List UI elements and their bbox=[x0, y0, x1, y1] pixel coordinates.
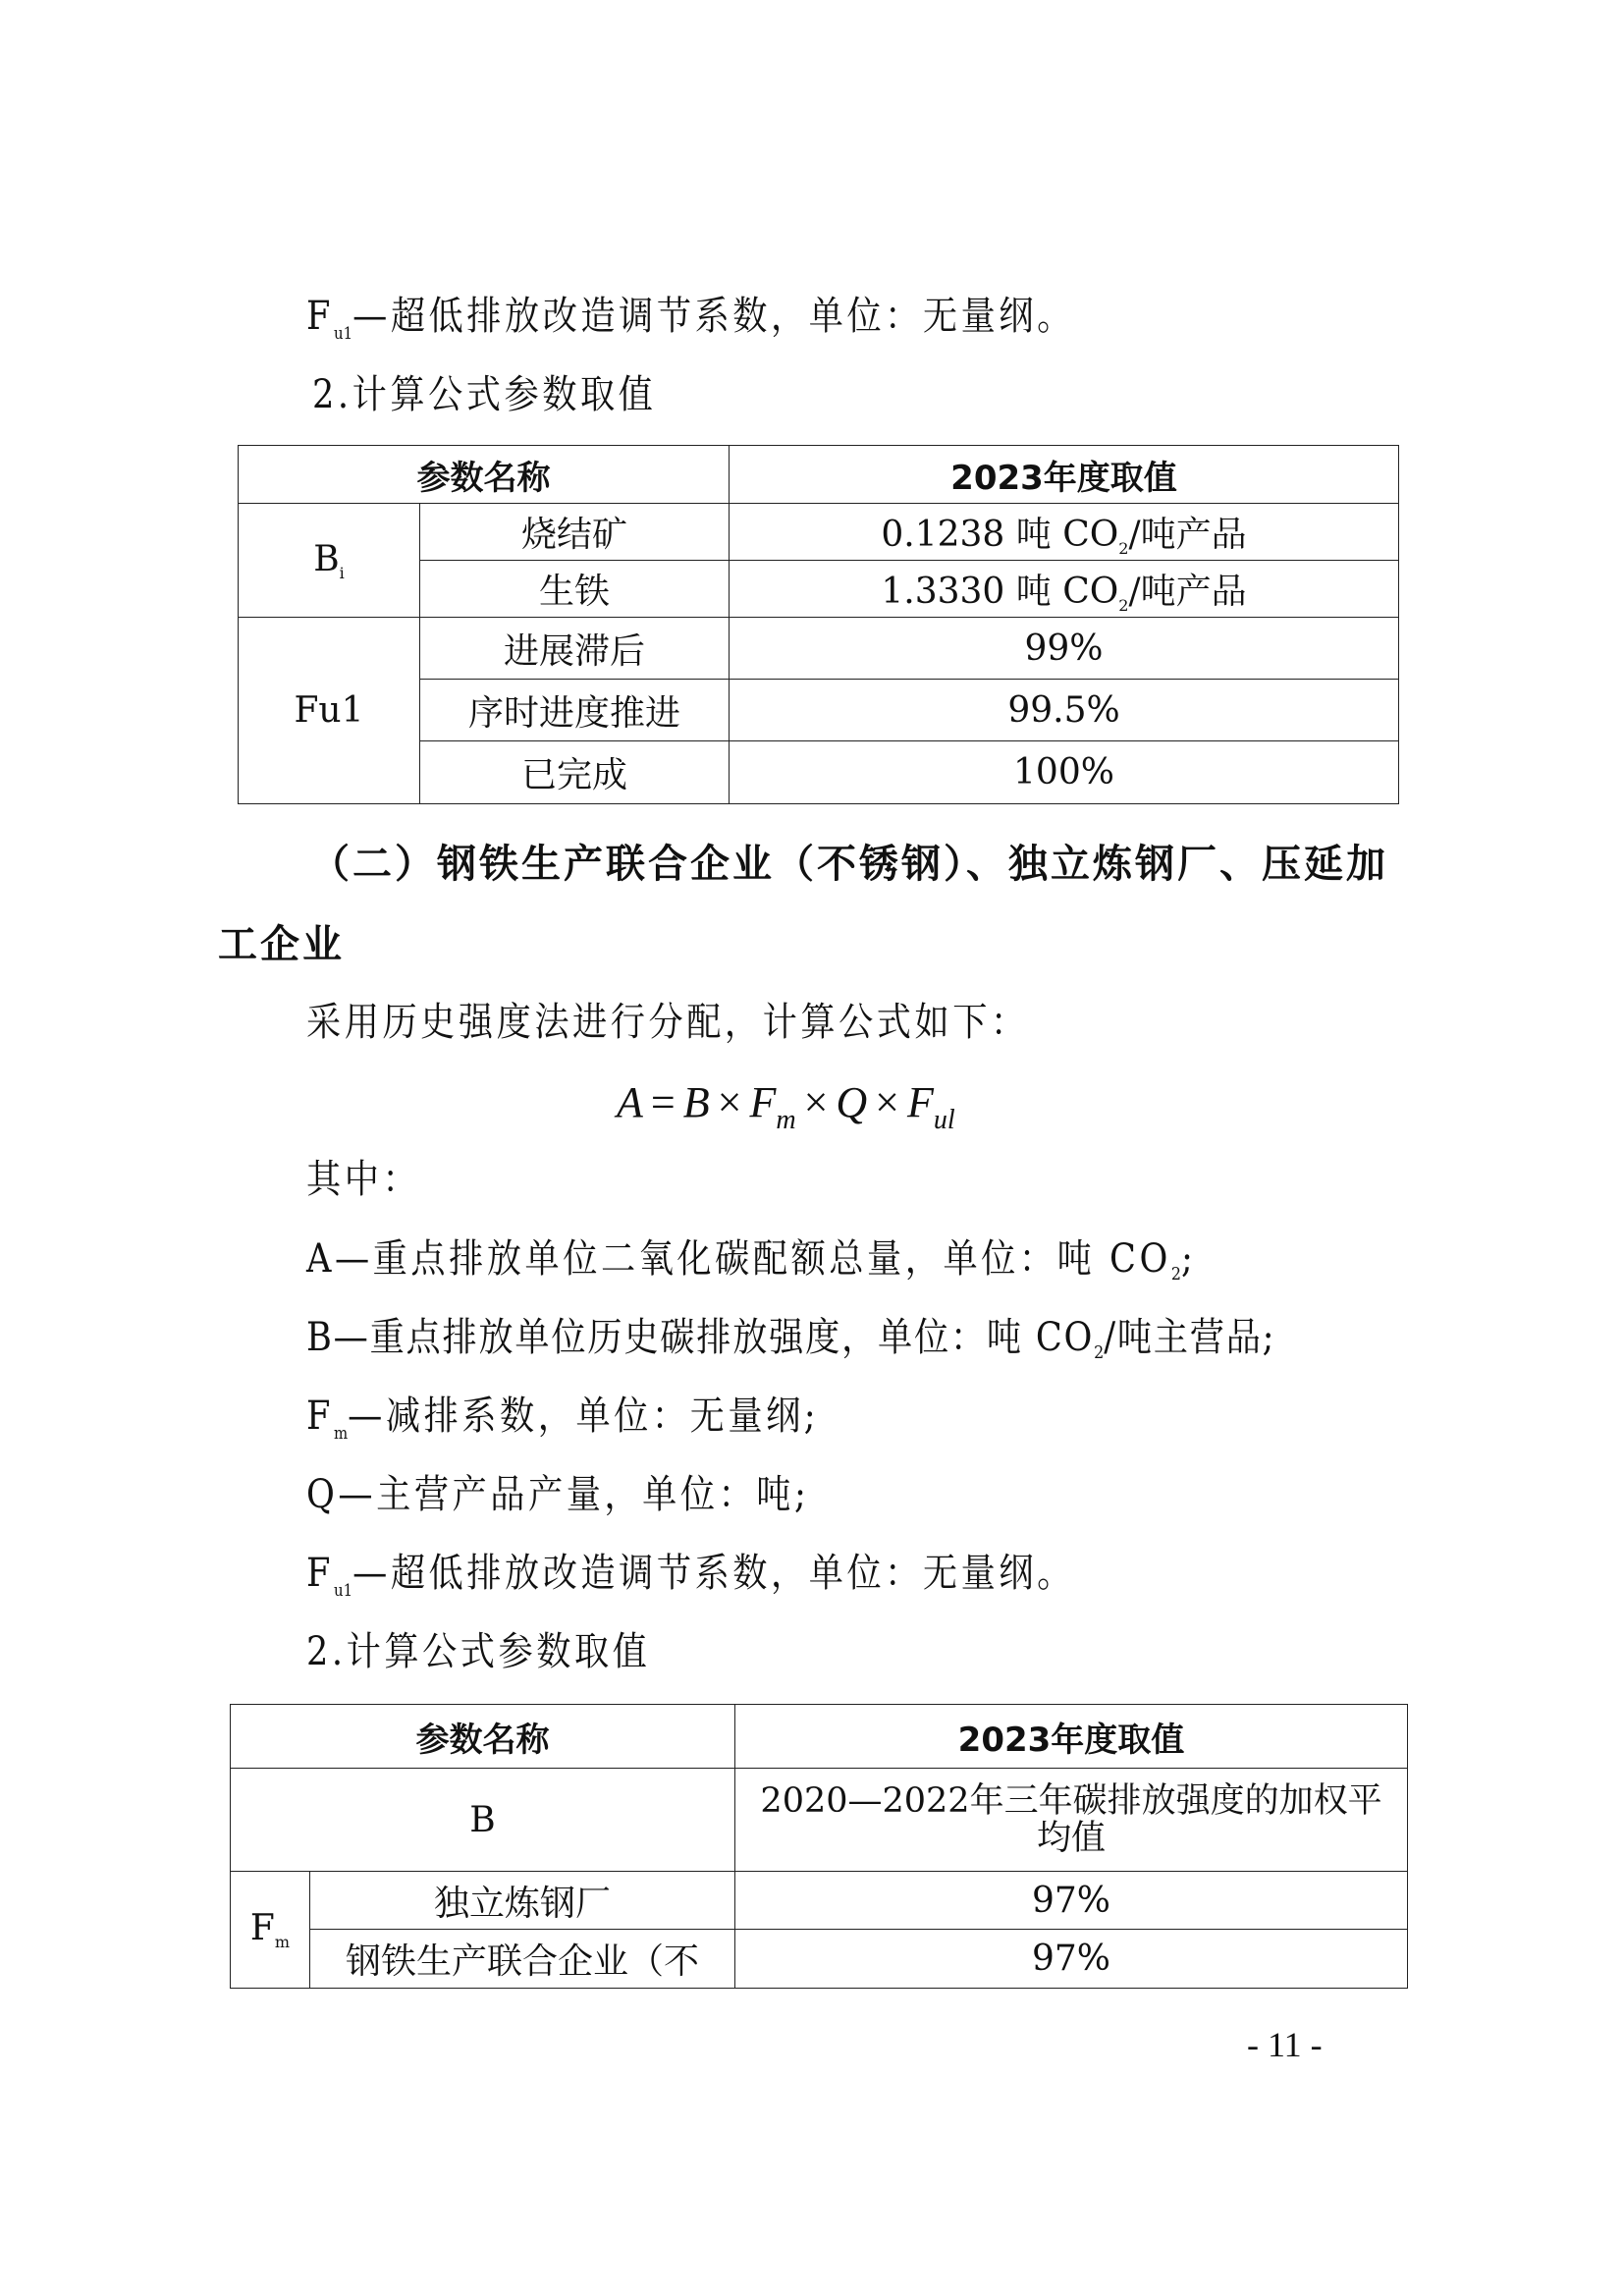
param-name: 钢铁生产联合企业（不 bbox=[310, 1930, 735, 1989]
definition-ful: Fu1—超低排放改造调节系数，单位：无量纲。 bbox=[306, 1550, 1075, 1614]
value-prefix: 1.3330 吨 CO bbox=[881, 572, 1118, 612]
param-value: 97% bbox=[735, 1872, 1408, 1930]
subscript: 2 bbox=[1171, 1264, 1181, 1285]
formula-times: × bbox=[796, 1078, 837, 1126]
table-row: Bi 烧结矿 0.1238 吨 CO2/吨产品 bbox=[239, 504, 1399, 561]
symbol: F bbox=[306, 1394, 334, 1439]
parameter-table-1: 参数名称 2023年度取值 Bi 烧结矿 0.1238 吨 CO2/吨产品 生铁… bbox=[238, 445, 1399, 804]
formula-term-ful: F bbox=[907, 1078, 934, 1126]
param-name: 烧结矿 bbox=[420, 504, 730, 561]
param-value: 97% bbox=[735, 1930, 1408, 1989]
header-value-2023: 2023年度取值 bbox=[730, 446, 1399, 504]
value-prefix: 0.1238 吨 CO bbox=[881, 515, 1118, 555]
table-row: Fu1 进展滞后 99% bbox=[239, 618, 1399, 680]
definition-fu1: Fu1—超低排放改造调节系数，单位：无量纲。 bbox=[306, 293, 1075, 357]
group-symbol-bi: Bi bbox=[239, 504, 420, 618]
symbol: F bbox=[306, 1551, 334, 1596]
value-subscript: 2 bbox=[1118, 596, 1128, 615]
definition-tail: /吨主营品; bbox=[1104, 1315, 1275, 1360]
definition-a: A—重点排放单位二氧化碳配额总量，单位：吨 CO2; bbox=[306, 1235, 1196, 1298]
value-suffix: /吨产品 bbox=[1128, 572, 1246, 612]
param-name: 独立炼钢厂 bbox=[310, 1872, 735, 1930]
definition-fm: Fm—减排系数，单位：无量纲; bbox=[306, 1393, 819, 1457]
subscript: 2 bbox=[1094, 1342, 1104, 1363]
formula-term-fm: F bbox=[749, 1078, 776, 1126]
formula-times: × bbox=[867, 1078, 907, 1126]
value-subscript: 2 bbox=[1118, 539, 1128, 558]
group-symbol-fm: Fm bbox=[231, 1872, 310, 1989]
param-value: 1.3330 吨 CO2/吨产品 bbox=[730, 561, 1399, 618]
param-name: 生铁 bbox=[420, 561, 730, 618]
param-name: 已完成 bbox=[420, 741, 730, 804]
definition-b: B—重点排放单位历史碳排放强度，单位：吨 CO2/吨主营品; bbox=[306, 1314, 1275, 1377]
header-param-name: 参数名称 bbox=[239, 446, 730, 504]
subscript: u1 bbox=[334, 324, 352, 344]
definition-text: —超低排放改造调节系数，单位：无量纲。 bbox=[352, 1551, 1075, 1596]
formula-subscript: m bbox=[776, 1105, 795, 1135]
subscript: m bbox=[275, 1933, 290, 1951]
header-value-2023: 2023年度取值 bbox=[735, 1705, 1408, 1769]
formula-subscript: ul bbox=[934, 1105, 955, 1135]
where-label: 其中： bbox=[306, 1156, 420, 1203]
table-header-row: 参数名称 2023年度取值 bbox=[239, 446, 1399, 504]
parameter-table-2: 参数名称 2023年度取值 B 2020—2022年三年碳排放强度的加权平均值 … bbox=[230, 1704, 1408, 1989]
param-name: 进展滞后 bbox=[420, 618, 730, 680]
subheading-parameter-values: 2.计算公式参数取值 bbox=[312, 371, 656, 418]
subheading-parameter-values-2: 2.计算公式参数取值 bbox=[306, 1628, 650, 1675]
subscript: i bbox=[340, 564, 345, 582]
symbol: F bbox=[250, 1908, 275, 1948]
header-param-name: 参数名称 bbox=[231, 1705, 735, 1769]
intro-paragraph: 采用历史强度法进行分配，计算公式如下： bbox=[306, 999, 1029, 1046]
formula-times: × bbox=[710, 1078, 750, 1126]
symbol: F bbox=[306, 294, 334, 339]
param-symbol-b: B bbox=[231, 1769, 735, 1872]
page-number: - 11 - bbox=[1247, 2025, 1323, 2064]
allocation-formula: A=B×Fm×Q×Ful bbox=[617, 1077, 955, 1146]
formula-term-a: A bbox=[617, 1078, 643, 1126]
symbol: B bbox=[306, 1315, 334, 1360]
table-row: B 2020—2022年三年碳排放强度的加权平均值 bbox=[231, 1769, 1408, 1872]
definition-text: —主营产品产量，单位：吨; bbox=[338, 1472, 809, 1517]
definition-text: —重点排放单位二氧化碳配额总量，单位：吨 CO bbox=[335, 1236, 1171, 1282]
symbol: B bbox=[313, 539, 339, 579]
section-heading-line1: （二）钢铁生产联合企业（不锈钢）、独立炼钢厂、压延加 bbox=[310, 841, 1388, 888]
formula-equals: = bbox=[643, 1078, 683, 1126]
param-value: 2020—2022年三年碳排放强度的加权平均值 bbox=[735, 1769, 1408, 1872]
definition-text: —重点排放单位历史碳排放强度，单位：吨 CO bbox=[334, 1315, 1095, 1360]
symbol: A bbox=[306, 1236, 335, 1282]
param-value: 0.1238 吨 CO2/吨产品 bbox=[730, 504, 1399, 561]
param-name: 序时进度推进 bbox=[420, 680, 730, 741]
definition-text: —减排系数，单位：无量纲; bbox=[348, 1394, 819, 1439]
formula-term-q: Q bbox=[836, 1078, 867, 1126]
table-row: Fm 独立炼钢厂 97% bbox=[231, 1872, 1408, 1930]
subscript: m bbox=[334, 1424, 348, 1444]
param-value: 99.5% bbox=[730, 680, 1399, 741]
table-header-row: 参数名称 2023年度取值 bbox=[231, 1705, 1408, 1769]
param-value: 99% bbox=[730, 618, 1399, 680]
section-heading-line2: 工企业 bbox=[218, 921, 345, 968]
subscript: u1 bbox=[334, 1581, 352, 1601]
definition-text: —超低排放改造调节系数，单位：无量纲。 bbox=[352, 294, 1075, 339]
table-row: 钢铁生产联合企业（不 97% bbox=[231, 1930, 1408, 1989]
definition-q: Q—主营产品产量，单位：吨; bbox=[306, 1471, 809, 1518]
group-symbol-fu1: Fu1 bbox=[239, 618, 420, 804]
param-value: 100% bbox=[730, 741, 1399, 804]
value-suffix: /吨产品 bbox=[1128, 515, 1246, 555]
symbol: Q bbox=[306, 1472, 338, 1517]
definition-tail: ; bbox=[1181, 1236, 1196, 1282]
formula-term-b: B bbox=[683, 1078, 710, 1126]
